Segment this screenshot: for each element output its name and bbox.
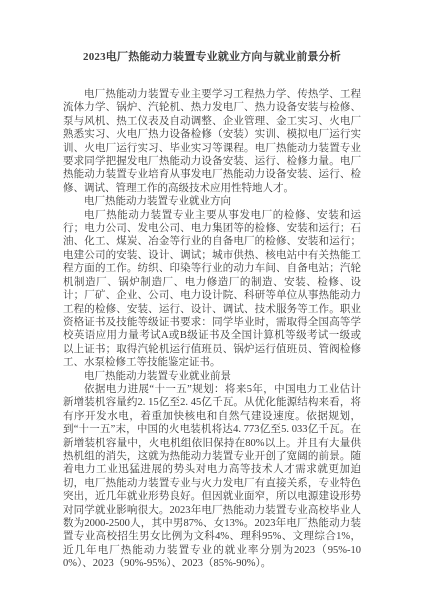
document-title: 2023电厂热能动力装置专业就业方向与就业前景分析 [63, 50, 361, 64]
paragraph-employment-direction: 电厂热能动力装置专业主要从事发电厂的检修、安装和运行；电力公司、发电公司、电力集… [63, 209, 361, 370]
paragraph-major-overview: 电厂热能动力装置专业主要学习工程热力学、传热学、工程流体力学、锅炉、汽轮机、热力… [63, 88, 361, 195]
section-heading-employment-direction: 电厂热能动力装置专业就业方向 [63, 195, 361, 208]
document-page: 2023电厂热能动力装置专业就业方向与就业前景分析 电厂热能动力装置专业主要学习… [63, 50, 361, 571]
paragraph-employment-prospects: 依据电力进展“十一五”规划：将来5年，中国电力工业估计新增装机容量约2. 15亿… [63, 383, 361, 571]
section-heading-employment-prospects: 电厂热能动力装置专业就业前景 [63, 370, 361, 383]
